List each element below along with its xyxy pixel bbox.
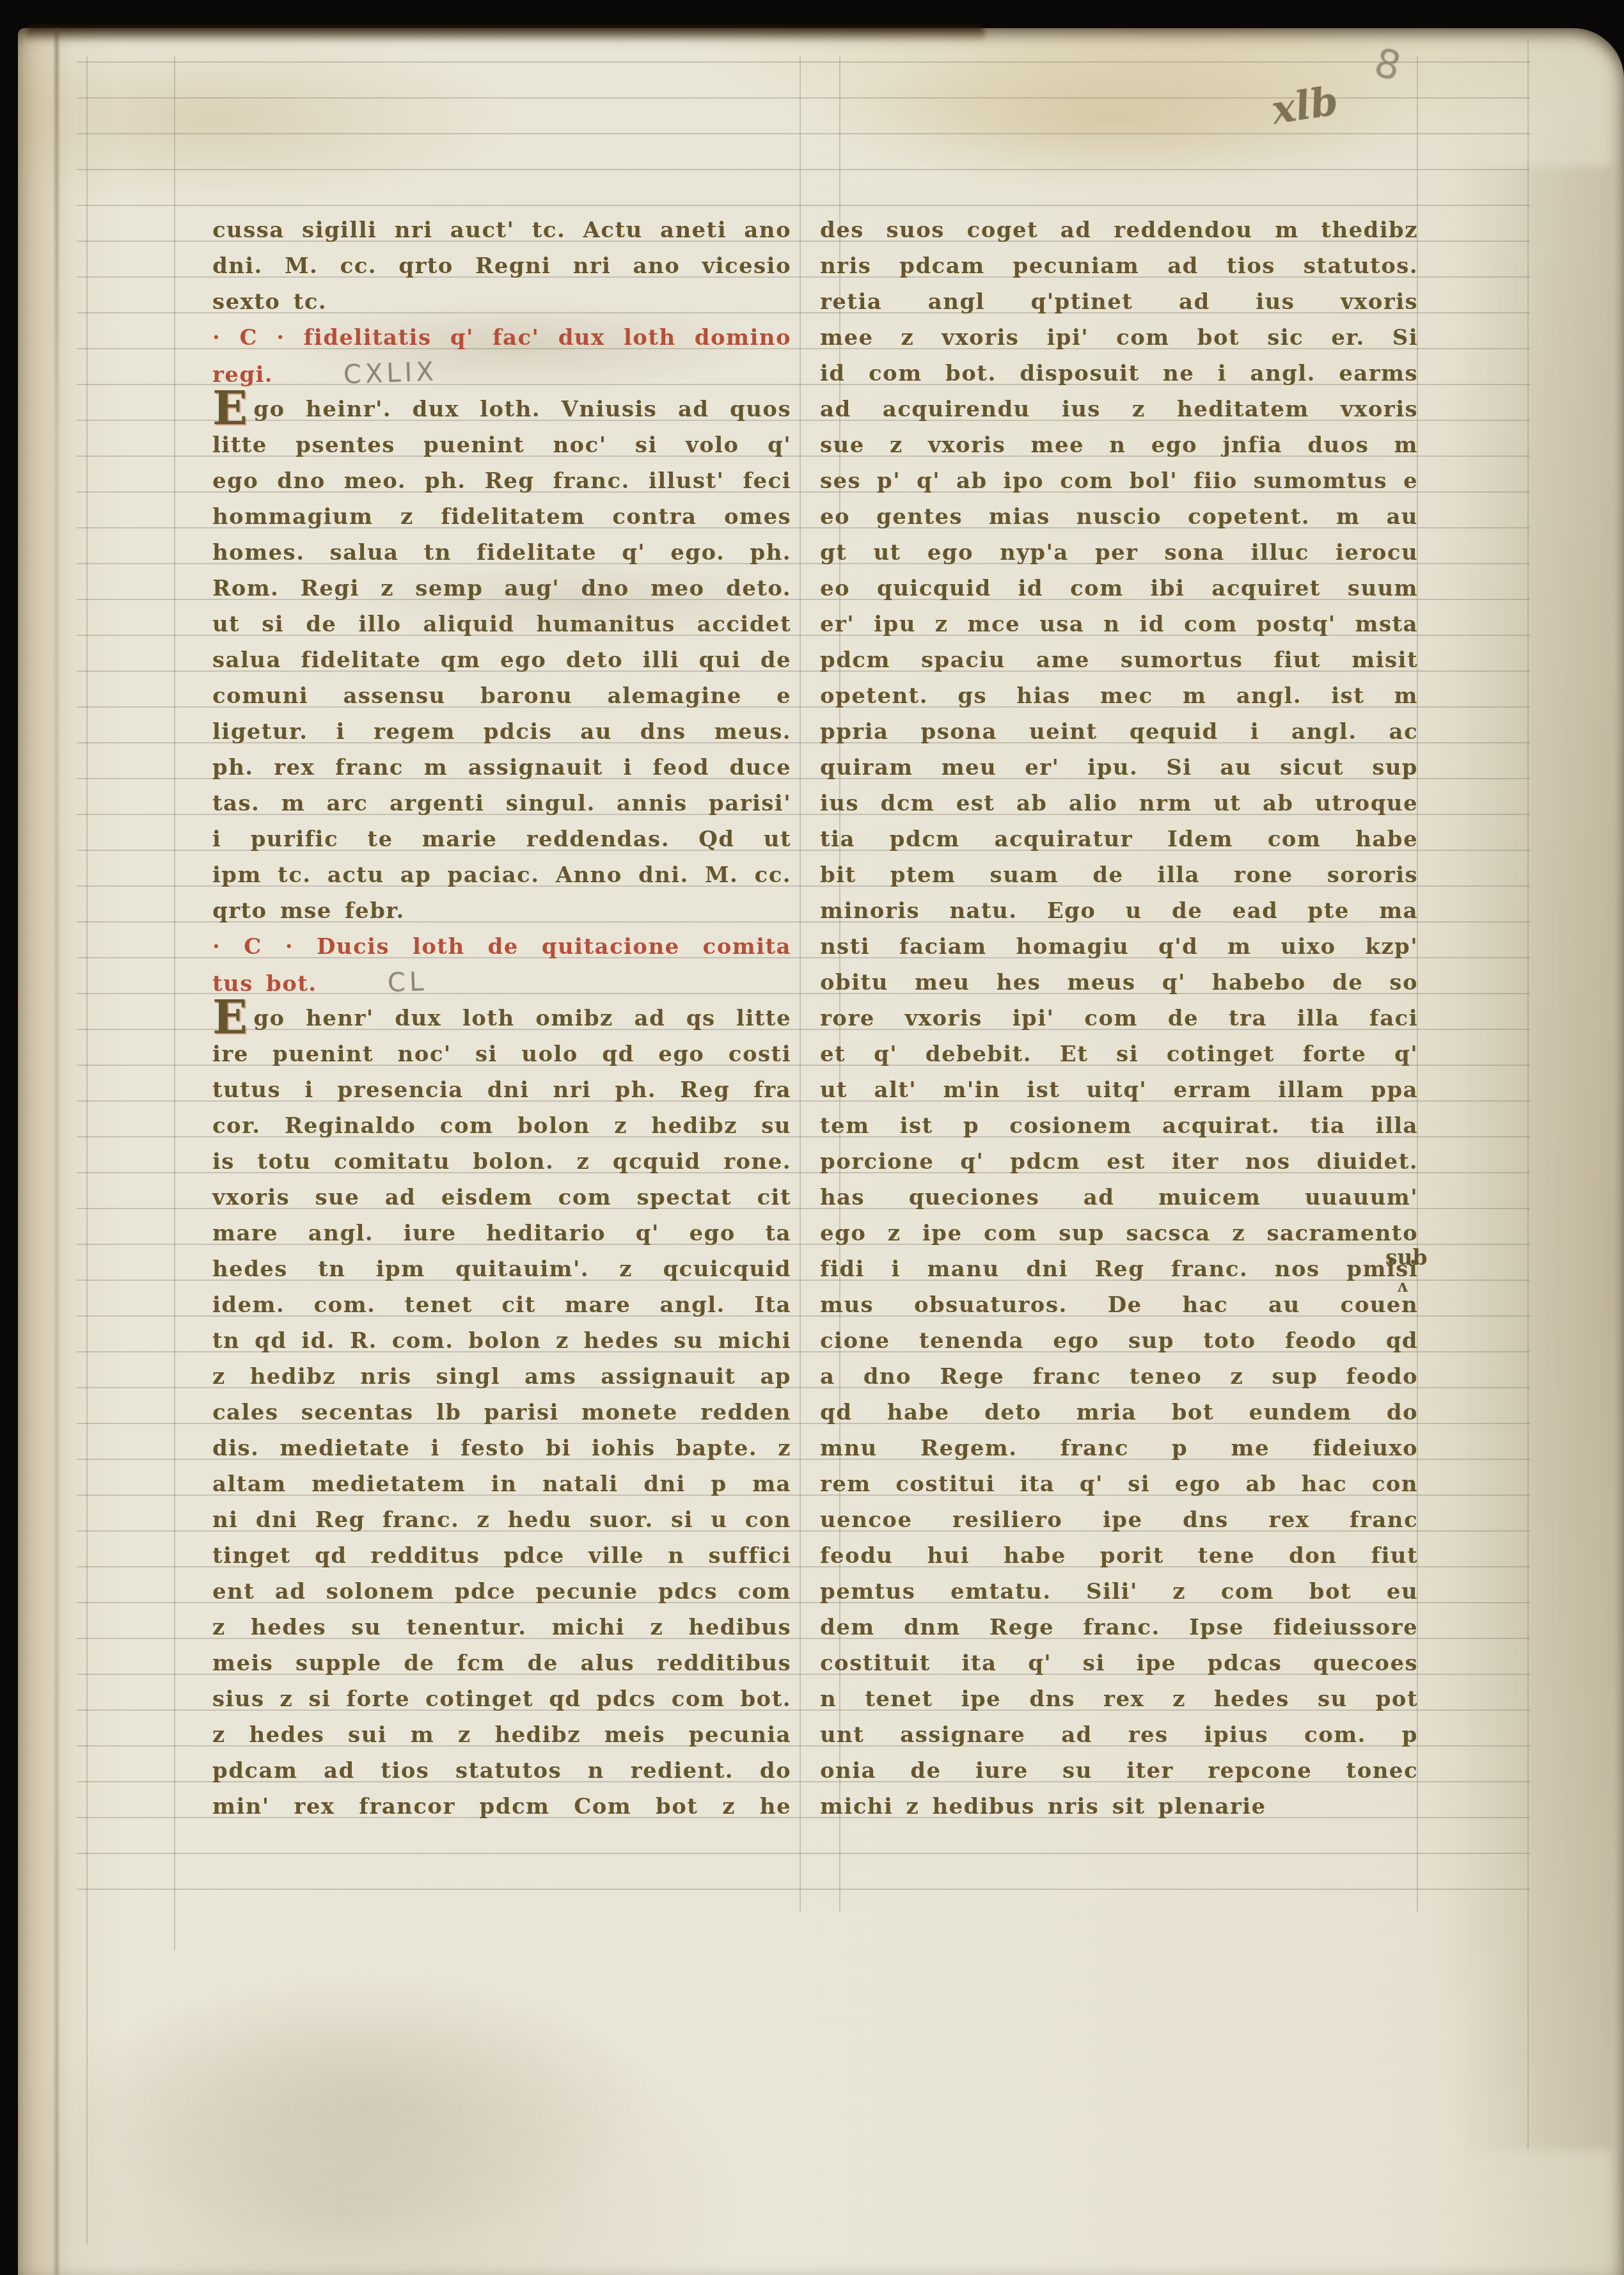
text-line: i purific te marie reddendas. Qd ut — [212, 821, 791, 857]
pencil-chapter-number: CXLIX — [343, 354, 438, 393]
text-column-right: des suos coget ad reddendou m thedibznri… — [820, 212, 1418, 1825]
text-line: opetent. gs hias mec m angl. ist m — [820, 678, 1418, 714]
text-line: ses p' q' ab ipo com bol' fiio sumomtus … — [820, 463, 1418, 499]
text-line: is totu comitatu bolon. z qcquid rone. — [212, 1144, 791, 1180]
text-line: eo gentes mias nuscio copetent. m au — [820, 499, 1418, 535]
text-line: hommagium z fidelitatem contra omes — [212, 499, 791, 535]
text-line: onia de iure su iter repcone tonec — [820, 1753, 1418, 1789]
text-line: er' ipu z mce usa n id com postq' msta — [820, 606, 1418, 642]
text-line: z hedes sui m z hedibz meis pecunia — [212, 1717, 791, 1753]
text-line: n tenet ipe dns rex z hedes su pot — [820, 1681, 1418, 1717]
text-line: ut alt' m'in ist uitq' erram illam ppa — [820, 1072, 1418, 1108]
text-line: Ego henr' dux loth omibz ad qs litte — [212, 1001, 791, 1036]
text-line: min' rex francor pdcm Com bot z he — [212, 1789, 791, 1825]
text-line: qrto mse febr. — [212, 893, 791, 929]
text-line: fidi i manu dni Reg franc. nos pmisi — [820, 1251, 1418, 1287]
text-line: z hedibz nris singl ams assignauit ap — [212, 1359, 791, 1395]
text-line: tem ist p cosionem acquirat. tia illa — [820, 1108, 1418, 1144]
page-top-edge-shadow — [26, 26, 985, 42]
text-line: gt ut ego nyp'a per sona illuc ierocu — [820, 535, 1418, 571]
text-line: vxoris sue ad eisdem com spectat cit — [212, 1180, 791, 1216]
text-line: mee z vxoris ipi' com bot sic er. Si — [820, 320, 1418, 356]
pencil-chapter-number: CL — [387, 964, 428, 1001]
text-line: porcione q' pdcm est iter nos diuidet. — [820, 1144, 1418, 1180]
text-line: retia angl q'ptinet ad ius vxoris — [820, 284, 1418, 320]
text-line: sexto tc. — [212, 284, 791, 320]
ruling-vertical — [800, 56, 801, 1912]
text-line: tas. m arc argenti singul. annis parisi' — [212, 786, 791, 821]
text-line: michi z hedibus nris sit plenarie — [820, 1789, 1418, 1825]
text-line: mus obsuaturos. De hac au couen — [820, 1287, 1418, 1323]
text-line: comuni assensu baronu alemagine e — [212, 678, 791, 714]
text-line: a dno Rege franc teneo z sup feodo — [820, 1359, 1418, 1395]
text-line: feodu hui habe porit tene don fiut — [820, 1538, 1418, 1574]
text-line: qd habe deto mria bot eundem do — [820, 1395, 1418, 1431]
manuscript-scan: xlb 8 cussa sigilli nri auct' tc. Actu a… — [0, 0, 1624, 2275]
text-line: ligetur. i regem pdcis au dns meus. — [212, 714, 791, 750]
rubric-line: tus bot.CL — [212, 965, 791, 1001]
text-line: ad acquirendu ius z heditatem vxoris — [820, 392, 1418, 427]
text-line: ius dcm est ab alio nrm ut ab utroque — [820, 786, 1418, 821]
text-line: altam medietatem in natali dni p ma — [212, 1466, 791, 1502]
text-line: has queciones ad muicem uuauum' — [820, 1180, 1418, 1216]
text-line: unt assignare ad res ipius com. p — [820, 1717, 1418, 1753]
text-line: et q' debebit. Et si cotinget forte q' — [820, 1036, 1418, 1072]
text-line: meis supple de fcm de alus redditibus — [212, 1645, 791, 1681]
text-line: homes. salua tn fidelitate q' ego. ph. — [212, 535, 791, 571]
text-line: tia pdcm acquiratur Idem com habe — [820, 821, 1418, 857]
text-line: sius z si forte cotinget qd pdcs com bot… — [212, 1681, 791, 1717]
margin-note-sub: sub — [1385, 1245, 1428, 1270]
text-line: uencoe resiliero ipe dns rex franc — [820, 1502, 1418, 1538]
ruling-vertical — [174, 56, 175, 1950]
text-line: des suos coget ad reddendou m thedibz — [820, 212, 1418, 248]
text-line: rem costitui ita q' si ego ab hac con — [820, 1466, 1418, 1502]
text-line: nsti faciam homagiu q'd m uixo kzp' — [820, 929, 1418, 965]
text-line: cor. Reginaldo com bolon z hedibz su — [212, 1108, 791, 1144]
text-line: pdcm spaciu ame sumortus fiut misit — [820, 642, 1418, 678]
text-line: idem. com. tenet cit mare angl. Ita — [212, 1287, 791, 1323]
rubric-line: · C · fidelitatis q' fac' dux loth domin… — [212, 320, 791, 356]
ruling-vertical — [86, 56, 88, 2244]
text-line: hedes tn ipm quitauim'. z qcuicquid — [212, 1251, 791, 1287]
text-line: cione tenenda ego sup toto feodo qd — [820, 1323, 1418, 1359]
text-line: mare angl. iure heditario q' ego ta — [212, 1216, 791, 1251]
text-line: bit ptem suam de illa rone sororis — [820, 857, 1418, 893]
text-line: sue z vxoris mee n ego jnfia duos m — [820, 427, 1418, 463]
text-line: nris pdcam pecuniam ad tios statutos. — [820, 248, 1418, 284]
margin-note-caret-icon: ʌ — [1397, 1277, 1408, 1296]
text-line: tutus i presencia dni nri ph. Reg fra — [212, 1072, 791, 1108]
text-line: quiram meu er' ipu. Si au sicut sup — [820, 750, 1418, 786]
text-line: dni. M. cc. qrto Regni nri ano vicesio — [212, 248, 791, 284]
text-line: ire puenint noc' si uolo qd ego costi — [212, 1036, 791, 1072]
text-line: Rom. Regi z semp aug' dno meo deto. — [212, 571, 791, 606]
text-line: ego dno meo. ph. Reg franc. illust' feci — [212, 463, 791, 499]
text-line: eo quicquid id com ibi acquiret suum — [820, 571, 1418, 606]
text-line: ph. rex franc m assignauit i feod duce — [212, 750, 791, 786]
text-line: cales secentas lb parisi monete redden — [212, 1395, 791, 1431]
text-column-left: cussa sigilli nri auct' tc. Actu aneti a… — [212, 212, 791, 1825]
text-line: tn qd id. R. com. bolon z hedes su michi — [212, 1323, 791, 1359]
text-line: dem dnm Rege franc. Ipse fideiussore — [820, 1610, 1418, 1645]
text-line: litte psentes puenint noc' si volo q' — [212, 427, 791, 463]
text-line: ipm tc. actu ap paciac. Anno dni. M. cc. — [212, 857, 791, 893]
text-line: ni dni Reg franc. z hedu suor. si u con — [212, 1502, 791, 1538]
text-line: cussa sigilli nri auct' tc. Actu aneti a… — [212, 212, 791, 248]
text-line: Ego heinr'. dux loth. Vniusis ad quos — [212, 392, 791, 427]
text-line: costituit ita q' si ipe pdcas quecoes — [820, 1645, 1418, 1681]
text-line: obitu meu hes meus q' habebo de so — [820, 965, 1418, 1001]
text-line: dis. medietate i festo bi iohis bapte. z — [212, 1431, 791, 1466]
rubric-line: · C · Ducis loth de quitacione comita — [212, 929, 791, 965]
text-line: ppria psona ueint qequid i angl. ac — [820, 714, 1418, 750]
text-line: pemtus emtatu. Sili' z com bot eu — [820, 1574, 1418, 1610]
text-line: tinget qd redditus pdce ville n suffici — [212, 1538, 791, 1574]
rubric-line: regi.CXLIX — [212, 356, 791, 392]
text-line: z hedes su tenentur. michi z hedibus — [212, 1610, 791, 1645]
text-line: mnu Regem. franc p me fideiuxo — [820, 1431, 1418, 1466]
text-line: ego z ipe com sup sacsca z sacramento — [820, 1216, 1418, 1251]
text-line: rore vxoris ipi' com de tra illa faci — [820, 1001, 1418, 1036]
text-line: ut si de illo aliquid humanitus accidet — [212, 606, 791, 642]
text-line: id com bot. disposuit ne i angl. earms — [820, 356, 1418, 392]
text-line: minoris natu. Ego u de ead pte ma — [820, 893, 1418, 929]
gutter-fold — [55, 28, 58, 2275]
text-line: pdcam ad tios statutos n redient. do — [212, 1753, 791, 1789]
ruling-vertical — [1527, 38, 1529, 2150]
text-line: salua fidelitate qm ego deto illi qui de — [212, 642, 791, 678]
text-line: ent ad solonem pdce pecunie pdcs com — [212, 1574, 791, 1610]
